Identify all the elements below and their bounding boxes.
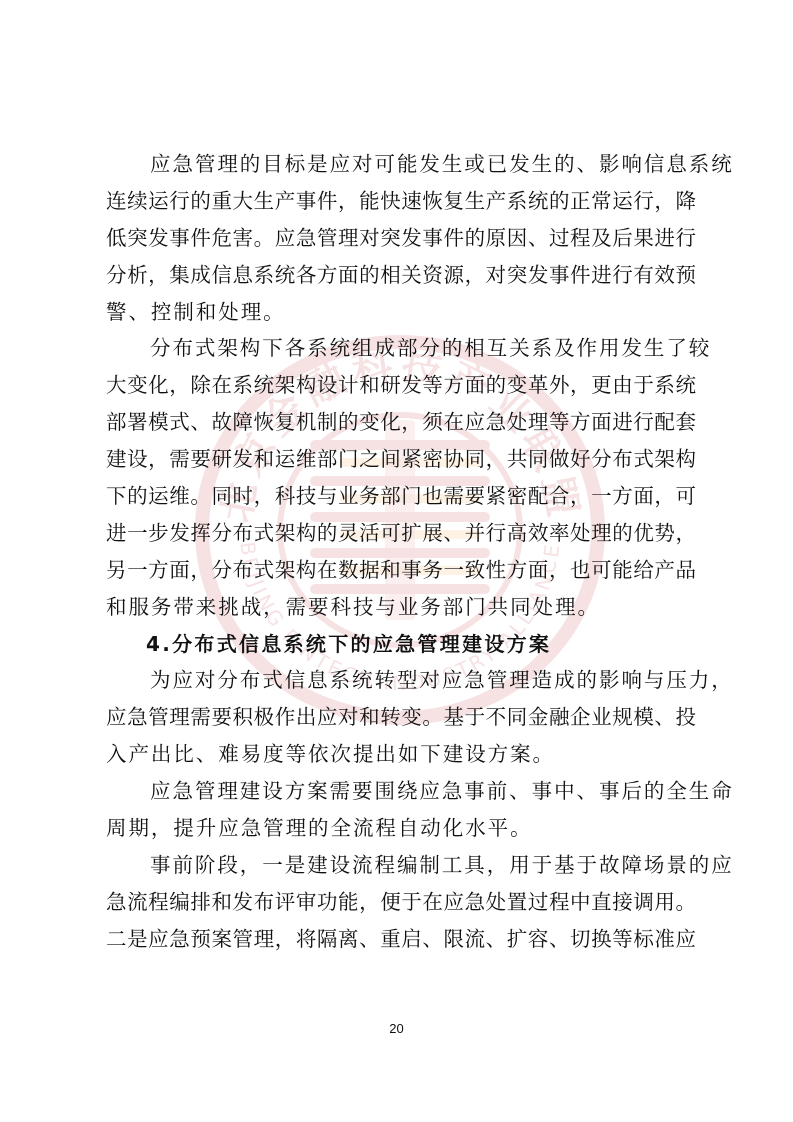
paragraph-line: 急流程编排和发布评审功能，便于在应急处置过程中直接调用。 <box>106 884 696 921</box>
paragraph-line: 下的运维。同时，科技与业务部门也需要紧密配合，一方面，可 <box>106 478 696 515</box>
paragraph-line: 事前阶段，一是建设流程编制工具，用于基于故障场景的应 <box>106 847 696 884</box>
paragraph-line: 分布式架构下各系统组成部分的相互关系及作用发生了较 <box>106 330 696 367</box>
paragraph-line: 建设，需要研发和运维部门之间紧密协同，共同做好分布式架构 <box>106 441 696 478</box>
paragraph-line: 另一方面，分布式架构在数据和事务一致性方面，也可能给产品 <box>106 552 696 589</box>
page-number: 20 <box>0 1021 793 1036</box>
paragraph-line: 二是应急预案管理，将隔离、重启、限流、扩容、切换等标准应 <box>106 921 696 958</box>
paragraph-line: 大变化，除在系统架构设计和研发等方面的变革外，更由于系统 <box>106 367 696 404</box>
paragraph-line: 周期，提升应急管理的全流程自动化水平。 <box>106 810 696 847</box>
paragraph-line: 警、控制和处理。 <box>106 294 696 331</box>
paragraph-line: 分析，集成信息系统各方面的相关资源，对突发事件进行有效预 <box>106 257 696 294</box>
paragraph-line: 应急管理需要积极作出应对和转变。基于不同金融企业规模、投 <box>106 699 696 736</box>
paragraph-line: 为应对分布式信息系统转型对应急管理造成的影响与压力， <box>106 662 696 699</box>
section-heading: 4.分布式信息系统下的应急管理建设方案 <box>106 626 696 663</box>
paragraph-line: 部署模式、故障恢复机制的变化，须在应急处理等方面进行配套 <box>106 404 696 441</box>
paragraph-line: 和服务带来挑战，需要科技与业务部门共同处理。 <box>106 589 696 626</box>
paragraph-line: 入产出比、难易度等依次提出如下建设方案。 <box>106 736 696 773</box>
paragraph-line: 应急管理建设方案需要围绕应急事前、事中、事后的全生命 <box>106 773 696 810</box>
paragraph-line: 低突发事件危害。应急管理对突发事件的原因、过程及后果进行 <box>106 220 696 257</box>
document-page: 北京金融科技产业联盟 BEIJING FINTECH INDUSTRY ALLI… <box>0 0 793 1122</box>
paragraph-line: 应急管理的目标是应对可能发生或已发生的、影响信息系统 <box>106 146 696 183</box>
paragraph-line: 连续运行的重大生产事件，能快速恢复生产系统的正常运行，降 <box>106 183 696 220</box>
paragraph-line: 进一步发挥分布式架构的灵活可扩展、并行高效率处理的优势， <box>106 515 696 552</box>
body-text: 应急管理的目标是应对可能发生或已发生的、影响信息系统 连续运行的重大生产事件，能… <box>106 146 696 958</box>
